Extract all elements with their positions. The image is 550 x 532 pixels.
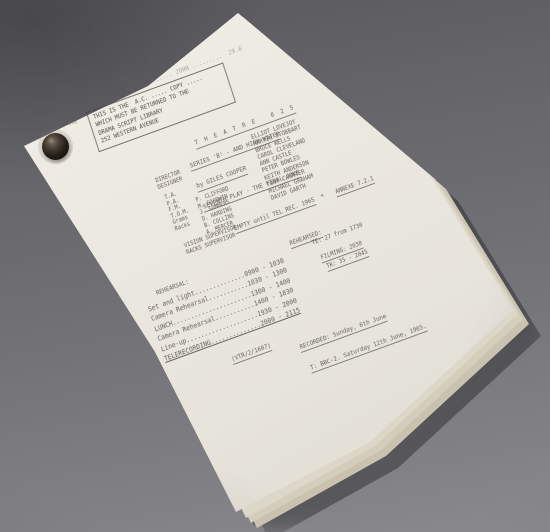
brass-fastener [42, 133, 69, 160]
script-photograph: 30368 A.C. ............ JOHN ......... 2… [0, 0, 550, 532]
